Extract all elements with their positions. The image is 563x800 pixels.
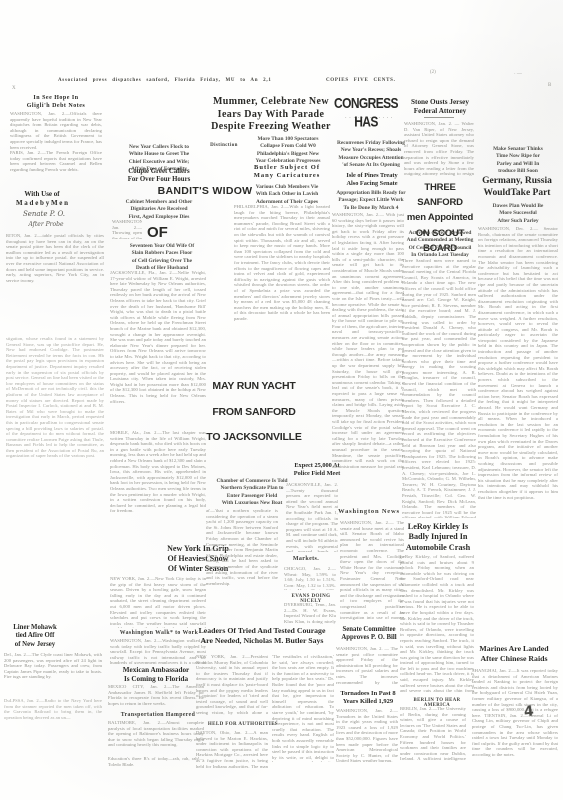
congress-body: WASHINGTON, Jan. 2.— With just 60 workin… xyxy=(332,212,404,470)
edge-mark: B xyxy=(548,83,551,88)
marines-body: SHANGHAI, Jan. 2.—It was reported today … xyxy=(472,668,558,768)
markets-headline: Markets. xyxy=(284,556,328,562)
mohawk-headline: Liner Mohawk tied Afire Off of New Jerse… xyxy=(4,624,66,649)
debt-notes-headline: In See Hope In Gligli'h Debt Notes xyxy=(10,95,102,110)
congress-deck1: Reconvenes Friday Following New Year's R… xyxy=(332,140,410,169)
bandit-mobile-body: MOBILE, Ala., Jan. 2.—The last chapter w… xyxy=(110,430,206,540)
congress-deck2: Appropriation Bills Ready for Passage; E… xyxy=(332,190,410,212)
marines-headline: Marines Are Landed After Chinese Raids xyxy=(470,644,558,663)
transportation-body: BALTIMORE, Jan. 2.—Almost complete paral… xyxy=(108,720,204,754)
postal-fragments: stigation, whose results found in a stat… xyxy=(6,336,104,620)
borah-body: WASHINGTON, Dec. 2.— Senator Borah, chai… xyxy=(478,226,558,558)
mummer-deck: More Than 100 Spectators Collapse From C… xyxy=(242,136,334,165)
mummer-headline: Mummer, Celebrate New Iears Day With Par… xyxy=(206,96,336,134)
postal-body: RITON, Jan. 2.—table postal officials by… xyxy=(6,233,104,333)
yacht-deck: Chamber of Commerce Is Told Northern Syn… xyxy=(206,478,298,507)
evans-body: DYERSBURG, Tenn., Jan. 2.—Dr. H. W. Evan… xyxy=(284,602,336,624)
scout-board-deck: Activities of Year Reviewed And Commende… xyxy=(402,230,478,259)
radio-body: DuLPSSA, Jan. 2.—Radio to the Navy Yard … xyxy=(4,698,102,750)
germany-russia-headline: Germany, Russia WouldTake Part xyxy=(474,176,560,200)
tornadoes-headline: Tornadoes In Past 8 Years Killed 1,929 xyxy=(336,690,400,706)
stone-ousts-body: WASHINGTON, Jan. 2. — Walter D. Van Ripe… xyxy=(404,121,474,177)
dots-divider: ············ xyxy=(336,116,404,121)
mummer-body: PHILADELPHIA, Jan. 2.—With a light heart… xyxy=(234,204,330,366)
senate-po-script: Senate P. O. xyxy=(10,210,78,218)
mohawk-body: Del., Jan. 2.—The Clyde coast liner Moha… xyxy=(4,652,102,696)
senate-committee-body: WASHINGTON, Jan. 2. — The senate post of… xyxy=(336,646,398,686)
of-kicker: OF xyxy=(147,224,177,243)
scout-board-body: Three Sanford men were named to executiv… xyxy=(402,258,476,518)
dateline: Associated press dispatches sanford, Flo… xyxy=(58,78,338,83)
divider-rule xyxy=(424,117,454,118)
leroy-kirkley-body: LeRoy Kirkley, of Sanford, suffered pain… xyxy=(400,554,474,694)
borah-deck: Make Senator Thinks Time Now Ripe for Pa… xyxy=(478,146,558,175)
stone-ousts-headline: Stone Ousts Jersey Federal Attorney xyxy=(404,98,476,116)
leroy-kirkley-headline: LeRoy Kirkley Is Badly Injured In Automo… xyxy=(398,522,478,553)
bandit-deck: Seventeen Year Old Wife Of Slain Robbers… xyxy=(116,243,208,272)
education-quote: Education's three R's of today—rah, rah,… xyxy=(108,756,204,768)
senate-committee-headline: Senate Committee Approves P. O. Bill xyxy=(336,626,402,643)
yacht-headline: MAY RUN YACHT FROM SANFORD TO JACKSONVIL… xyxy=(206,374,302,451)
edge-mark: · — xyxy=(514,72,522,77)
butler-headline: Leaders Of Tried And Tested Courage Are … xyxy=(190,626,334,645)
isle-of-pines-headline: Isle of Pines Treaty Also Facing Senate xyxy=(336,172,408,188)
held-authorities-body: DAYTON, Ohio, Jan. 2.—A man believed to … xyxy=(196,730,268,768)
borah-deck2: Dawes Plan Would Be More Successful Afte… xyxy=(478,203,558,225)
berlin-body: BERLIN, Jan. 2.—The University of Berlin… xyxy=(400,706,466,762)
expect-25000-body: JACKSONVILLE, Jan. 2.—Twenty thousand pe… xyxy=(286,482,338,552)
transportation-subhead: Transportation Hampered xyxy=(112,712,204,718)
mexican-ambassador-body: MEXICO CITY, Jan. 2.—The American Ambass… xyxy=(108,684,204,708)
bandit-body: JACKSONVILLE, Fla., Jan. 2.—Nellie Wrigh… xyxy=(110,270,206,426)
cabinet-deck: Cabinet Members and Other Dignitaries Ar… xyxy=(112,199,206,221)
washington-news-subhead: Washington News xyxy=(334,508,404,515)
butler-caricatures-headline: Butler Subject Of Many Caricatures xyxy=(240,164,334,180)
newspaper-page: X Associated press dispatches sanford, F… xyxy=(0,0,563,800)
ny-snow-body: NEW YORK, Jan. 2.—New York City today is… xyxy=(110,576,206,628)
mummer-side-label: Distinction xyxy=(206,143,242,148)
congress-has-headline: CONGRESS HAS xyxy=(326,94,406,132)
markets-body: CHICAGO, Jan. 2.—Wheat: May, 1.59% to 1.… xyxy=(284,566,336,590)
handwritten-mark: 4 xyxy=(523,703,535,720)
tornadoes-body: WASHINGTON, Jan. 2.—Tornadoes in the Uni… xyxy=(336,708,398,764)
edge-mark: (2) xyxy=(430,70,436,75)
butler-body-right: 'The vestibules of civilization,' he sai… xyxy=(272,654,334,762)
postal-kicker: With Use of M a d e b y M e n xyxy=(6,190,78,208)
corner-mark: X xyxy=(12,86,16,91)
held-authorities-subhead: HELD FOR AUTHORITIES xyxy=(200,722,286,727)
washington-news-body: WASHINGTON, Jan. 2.— The senate and hous… xyxy=(340,520,404,620)
butler-body-left: NEW YORK, Jan. 2.—President Nicholas Mur… xyxy=(196,654,268,716)
debt-notes-body: WASHINGTON, Jan. 2.—Officials there appa… xyxy=(10,111,102,187)
white-house-body: WASHINGTON, Jan. 2.—Throwing open the do… xyxy=(112,219,142,239)
price-label: COPIES FIVE CENTS. xyxy=(326,78,426,83)
yacht-body: at'—'that a northern syndicate is consid… xyxy=(206,508,278,622)
mummer-deck2: Various Club Members Vie With Each Other… xyxy=(240,184,334,206)
couple-greet-headline: Couple Greet Callers For Over Four Hours xyxy=(112,168,206,185)
mexican-ambassador-headline: Mexican Ambassador Is Coming to Florida xyxy=(106,666,206,684)
after-probe-script: After Probe xyxy=(14,221,78,228)
